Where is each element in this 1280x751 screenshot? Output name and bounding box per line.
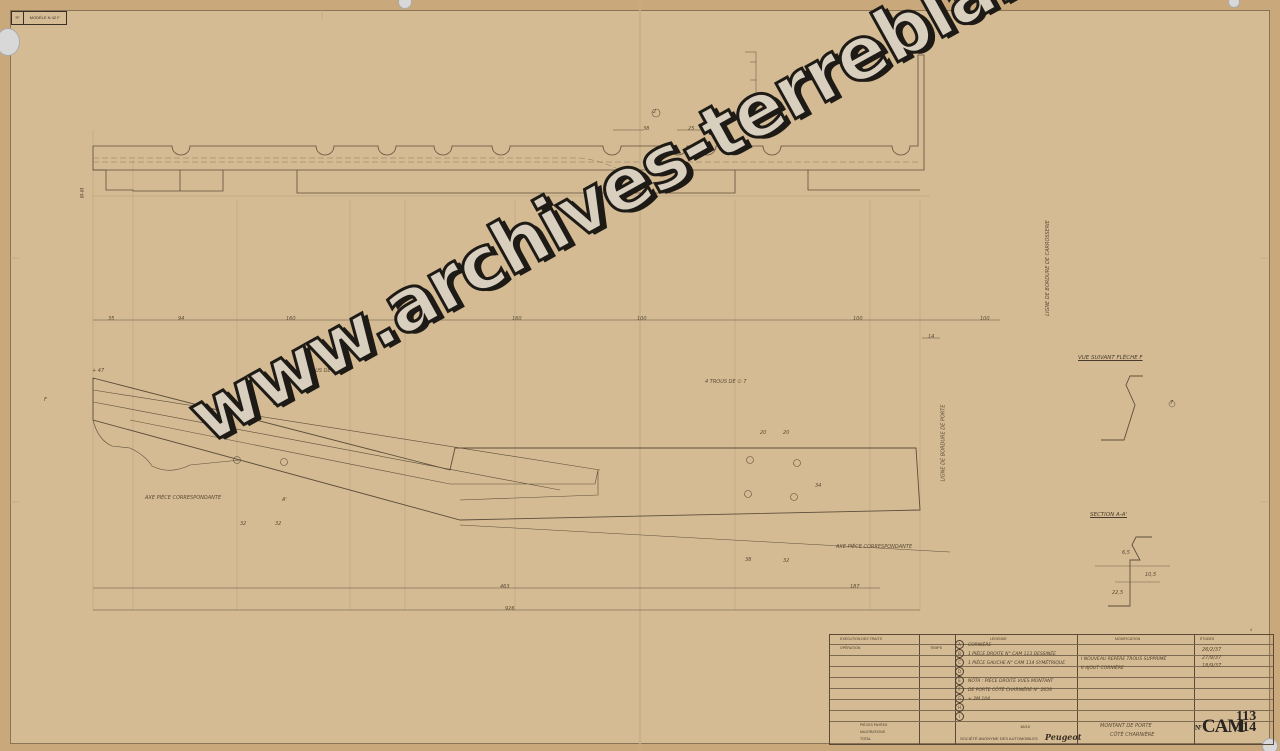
total-label-3: TOTAL (860, 737, 871, 741)
dim-right-20a: 20 (760, 430, 766, 436)
view-f-title: VUE SUIVANT FLÈCHE F (1078, 355, 1143, 361)
dim-right-20b: 20 (783, 430, 789, 436)
drawing-sheet: 7F MODÈLE N 42 F (0, 0, 1280, 751)
chain-dim-6: 100 (637, 316, 647, 322)
top-left-dim: + 47 (92, 368, 104, 374)
chain-dim-7: 100 (853, 316, 863, 322)
axis-note-right: AXE PIÈCE CORRESPONDANTE (836, 544, 912, 550)
dim-187: 187 (850, 584, 860, 590)
axis-note-left: AXE PIÈCE CORRESPONDANTE (145, 495, 221, 501)
arrow-f-marker: F (44, 397, 47, 403)
modification-2: II AJOUT CORNIÈRE (1081, 666, 1124, 671)
detail-views (1095, 376, 1175, 606)
drawn-date: 18/10 (1020, 724, 1030, 729)
legend-item-d: D (955, 667, 968, 676)
total-label-1: PIÈCES PAYÉES (860, 723, 887, 727)
rivet-note-right: 4 TROUS DE ∅ 7 (705, 379, 746, 385)
legend-item-a: ACORNIÈRE (955, 640, 991, 649)
operation-header: OPÉRATION (840, 646, 860, 650)
modification-header: MODIFICATION (1115, 637, 1140, 641)
dim-926: 926 (505, 606, 515, 612)
dim-463: 463 (500, 584, 510, 590)
sheet-marker: 4 (1250, 628, 1252, 632)
chain-dim-2: 94 (178, 316, 184, 322)
modification-1: I NOUVEAU REPÈRE TROUS SUPPRIMÉ (1081, 657, 1166, 662)
legend-item-i: I (955, 712, 968, 721)
chain-dim-1: 35 (108, 316, 114, 322)
view-f-marker: 7 (1170, 400, 1173, 406)
legend-item-f: FDE PORTE CÔTÉ CHARNIÈRE N° 2639 (955, 685, 1052, 694)
date-3: 18/9/37 (1202, 663, 1221, 669)
side-label: M-M (80, 188, 86, 198)
chain-dim-5: 160 (512, 316, 522, 322)
company-name: SOCIÉTÉ ANONYME DES AUTOMOBILES (960, 736, 1038, 741)
dim-left-32b: 32 (275, 521, 281, 527)
legend-item-h: H (955, 703, 968, 712)
offset-dim: 14 (928, 334, 934, 340)
section-a-prime-marker: A' (282, 497, 287, 503)
legend-header: LÉGENDE (990, 637, 1007, 641)
designation-line-1: MONTANT DE PORTE (1100, 723, 1152, 729)
section-dim-1: 6,5 (1122, 550, 1130, 556)
total-label-2: MAJORATIONS (860, 730, 885, 734)
dim-left-32a: 32 (240, 521, 246, 527)
body-edge-note: LIGNE DE BORDURE DE CARROSSERIE (1045, 220, 1051, 316)
legend-item-e: ENOTA : PIÈCE DROITE VUES MONTANT (955, 676, 1053, 685)
etudes-header: ÉTUDES (1200, 637, 1214, 641)
chain-dim-8: 100 (980, 316, 990, 322)
date-1: 26/2/37 (1202, 647, 1221, 653)
designation-line-2: CÔTÉ CHARNIÈRE (1110, 732, 1154, 738)
date-2: 27/9/37 (1202, 655, 1221, 661)
part-numbers: 113114 (1236, 711, 1256, 733)
dim-right-38: 38 (745, 557, 751, 563)
temps-header: TEMPS (930, 646, 942, 650)
section-dim-2: 10,5 (1145, 572, 1156, 578)
legend-item-g: G+ 2M 104 (955, 694, 990, 703)
exec-header: EXÉCUTION DES TRAITS (840, 637, 882, 641)
legend-item-b: B1 PIÈCE DROITE N° CAM 113 DESSINÉE (955, 649, 1056, 658)
brand-logo: Peugeot (1045, 732, 1081, 742)
dimension-chain (93, 320, 1000, 338)
dim-right-32: 32 (783, 558, 789, 564)
legend-item-c: C1 PIÈCE GAUCHE N° CAM 114 SYMÉTRIQUE (955, 658, 1065, 667)
dim-right-34: 34 (815, 483, 821, 489)
section-title: SECTION A-A' (1090, 512, 1127, 518)
item-marker: 2 (653, 109, 656, 115)
door-edge-note: LIGNE DE BORDURE DE PORTE (941, 404, 947, 481)
section-dim-3: 22,5 (1112, 590, 1123, 596)
